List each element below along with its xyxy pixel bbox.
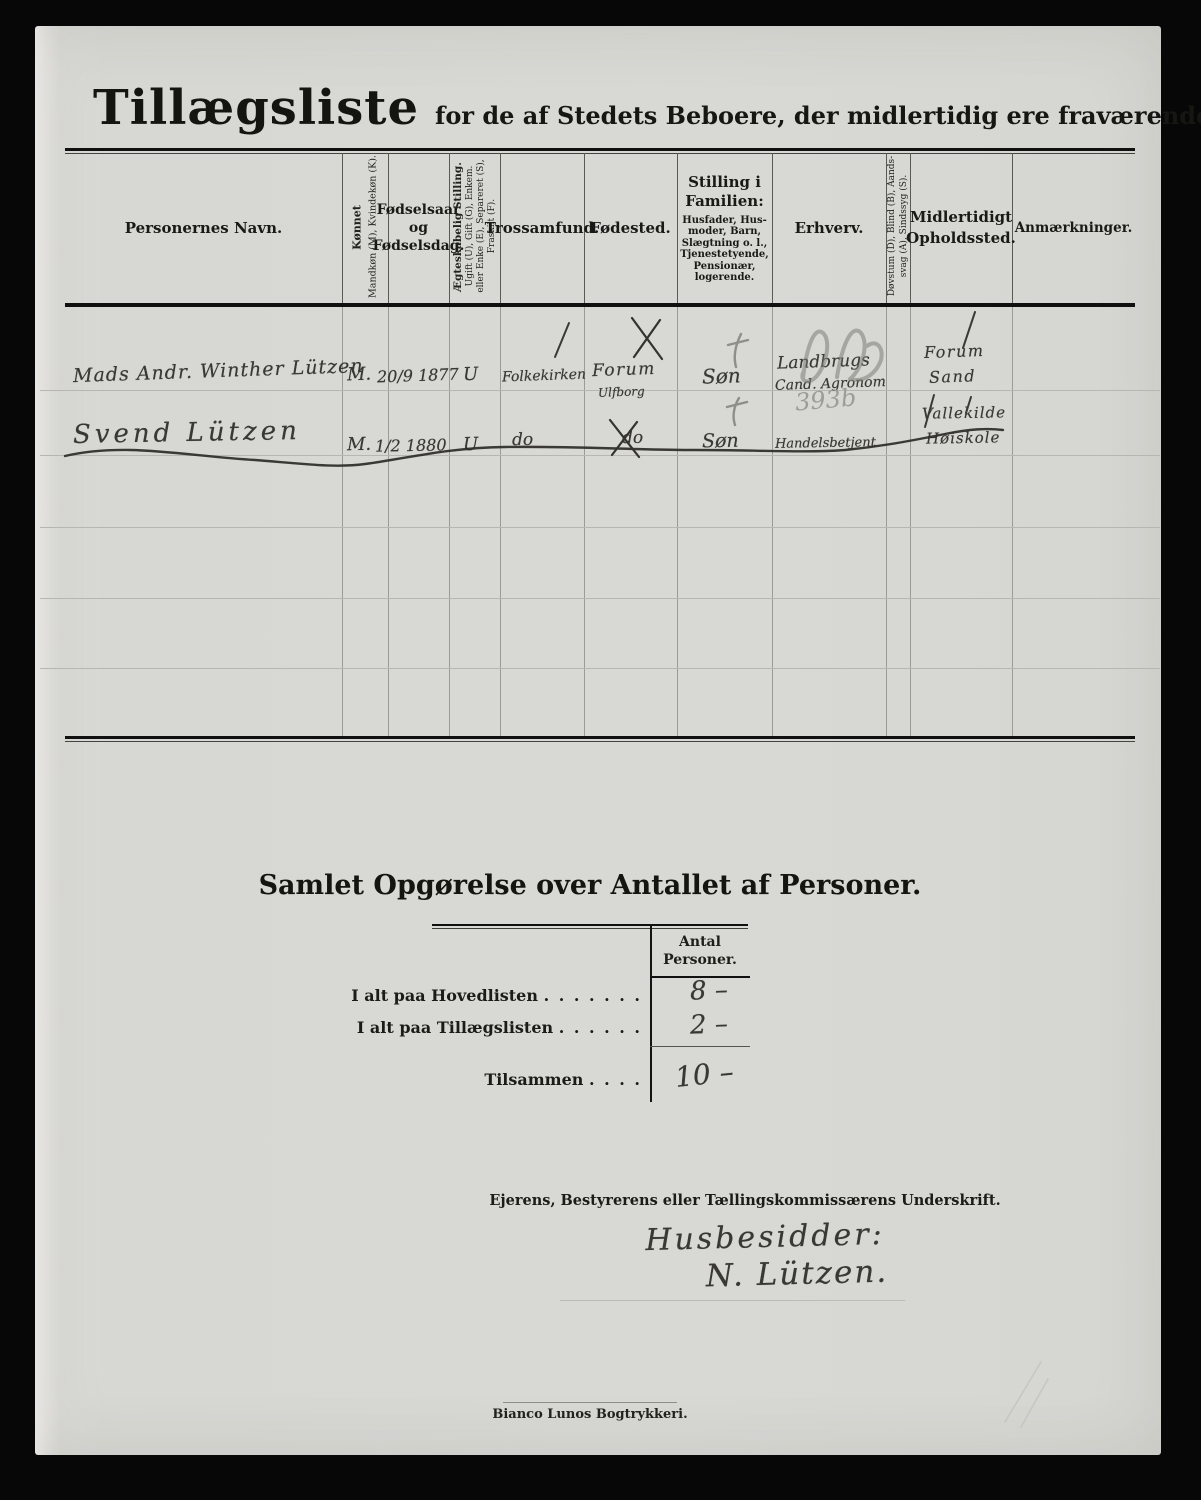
column-rule-body [886, 307, 887, 736]
summary-row-label: Tilsammen [484, 1070, 583, 1089]
row2-name: Svend Lützen [73, 416, 301, 450]
header-sublabel: Tjenestetyende, [680, 249, 769, 261]
summary-mid-rule [650, 1046, 750, 1047]
summary-row-label: I alt paa Hovedlisten [351, 986, 538, 1005]
summary-top-rule [432, 924, 748, 926]
row1-family-position: Søn [702, 363, 741, 388]
row1-sex: M. [347, 364, 372, 386]
header-label: Personernes Navn. [125, 219, 283, 237]
header-sublabel: logerende. [695, 272, 755, 284]
row2-sex: M. [347, 434, 372, 455]
header-sublabel: Pensionær, [693, 261, 755, 273]
header-foedested: Fødested. [584, 153, 677, 303]
header-koennet: Kønnet Mandkøn (M), Kvindekøn (K). [342, 153, 388, 303]
summary-col-header: Antal Personer. [650, 933, 750, 969]
header-label: og [409, 219, 428, 237]
printer-footer: Bianco Lunos Bogtrykkeri. [483, 1407, 697, 1422]
summary-tilsammen-value: 10 – [673, 1055, 735, 1094]
faint-pencil-strokes [1005, 1362, 1048, 1427]
row-rule [40, 455, 1160, 456]
summary-row-hovedlisten: I alt paa Hovedlisten . . . . . . . [320, 986, 642, 1005]
title-row: Tillægsliste for de af Stedets Beboere, … [93, 80, 1201, 136]
header-label: Midlertidigt [910, 207, 1012, 228]
header-label: Stilling i [688, 173, 761, 192]
column-rule-body [772, 307, 773, 736]
signature-baseline [560, 1300, 905, 1301]
header-sublabel: moder, Barn, [688, 226, 761, 238]
row-rule [40, 527, 1160, 528]
printer-rule [503, 1402, 677, 1403]
header-label: Trossamfund. [485, 219, 599, 237]
row2-whereabouts-line2: Høiskole [926, 428, 1001, 447]
row1-marital: U [463, 364, 479, 386]
row-rule [40, 598, 1160, 599]
summary-col-header-line: Antal [650, 933, 750, 951]
header-bottom-rule [65, 303, 1135, 307]
header-rotated-line: Ugift (U), Gift (G), Enkem. [465, 151, 475, 301]
header-label: Anmærkninger. [1015, 220, 1133, 236]
row2-religion: do [512, 430, 533, 450]
summary-row-dots: . . . . [589, 1070, 642, 1089]
form-title: Tillægsliste [93, 80, 419, 136]
header-rotated-line: Kønnet [351, 153, 364, 303]
header-foedselsaar: Fødselsaar og Fødselsdag. [388, 153, 449, 303]
row2-birthplace: do [622, 428, 643, 448]
header-label: Opholdssted. [906, 228, 1016, 249]
header-rotated-line: Ægteskabelig Stilling. [452, 152, 464, 302]
summary-col-header-line: Personer. [650, 951, 750, 969]
header-sublabel: Husfader, Hus- [682, 215, 767, 227]
row2-pencil-number: 393b [794, 383, 857, 416]
summary-row-label: I alt paa Tillægslisten [357, 1018, 553, 1037]
row1-occupation-line1: Landbrugs [777, 350, 870, 373]
persons-table: Personernes Navn. Kønnet Mandkøn (M), Kv… [65, 148, 1135, 745]
scanned-page-background: Tillægsliste for de af Stedets Beboere, … [0, 0, 1201, 1500]
row1-birthplace-line1: Forum [592, 359, 656, 381]
header-stilling-i-familien: Stilling i Familien: Husfader, Hus- mode… [677, 153, 772, 303]
census-form-paper: Tillægsliste for de af Stedets Beboere, … [35, 26, 1161, 1455]
row2-birthdate: 1/2 1880 [375, 435, 447, 455]
row1-birthdate: 20/9 1877 [377, 365, 459, 387]
row1-birthplace-line2: Ulfborg [598, 384, 645, 400]
row2-family-position: Søn [702, 430, 739, 453]
row1-religion: Folkekirken [502, 367, 587, 386]
header-trossamfund: Trossamfund. [500, 153, 584, 303]
header-label: Fødested. [590, 219, 671, 237]
header-rotated-line: Døvstum (D), Blind (B), Aands- [887, 151, 897, 301]
header-anmaerkninger: Anmærkninger. [1012, 153, 1135, 303]
row2-marital: U [463, 434, 479, 455]
header-rotated-line: Mandkøn (M), Kvindekøn (K). [368, 152, 379, 302]
summary-hovedlisten-value: 8 – [689, 975, 728, 1006]
table-bottom-rule-thin [65, 741, 1135, 742]
row1-name: Mads Andr. Winther Lützen [73, 355, 364, 387]
header-personernes-navn: Personernes Navn. [65, 153, 342, 303]
summary-row-tillaegslisten: I alt paa Tillægslisten . . . . . . [320, 1018, 642, 1037]
header-midlertidigt-opholdssted: Midlertidigt Opholdssted. [910, 153, 1012, 303]
header-sublabel: Slægtning o. l., [682, 238, 767, 250]
column-rule-body [910, 307, 911, 736]
summary-tillaegslisten-value: 2 – [689, 1009, 728, 1040]
row2-occupation: Handelsbetjent [775, 435, 876, 452]
row1-whereabouts-line2: Sand [929, 366, 977, 387]
header-label: Familien: [685, 192, 764, 211]
summary-row-tilsammen: Tilsammen . . . . [320, 1070, 642, 1089]
table-bottom-rule [65, 736, 1135, 739]
summary-top-rule-thin [432, 928, 748, 929]
row1-whereabouts-line1: Forum [924, 341, 985, 362]
header-rotated-line: svag (A), Sindssyg (S). [899, 151, 909, 301]
column-rule-body [677, 307, 678, 736]
header-label: Fødselsaar [377, 201, 461, 219]
column-rule-body [1012, 307, 1013, 736]
form-subtitle: for de af Stedets Beboere, der midlertid… [435, 101, 1201, 130]
header-erhverv: Erhverv. [772, 153, 886, 303]
row2-whereabouts-line1: Vallekilde [922, 403, 1006, 422]
header-label: Erhverv. [795, 219, 864, 237]
table-top-rule [65, 148, 1135, 151]
summary-row-dots: . . . . . . [559, 1018, 642, 1037]
row-rule [40, 668, 1160, 669]
summary-row-dots: . . . . . . . [544, 986, 642, 1005]
signature-label: Ejerens, Bestyrerens eller Tællingskommi… [425, 1192, 1065, 1209]
summary-heading: Samlet Opgørelse over Antallet af Person… [240, 870, 940, 901]
